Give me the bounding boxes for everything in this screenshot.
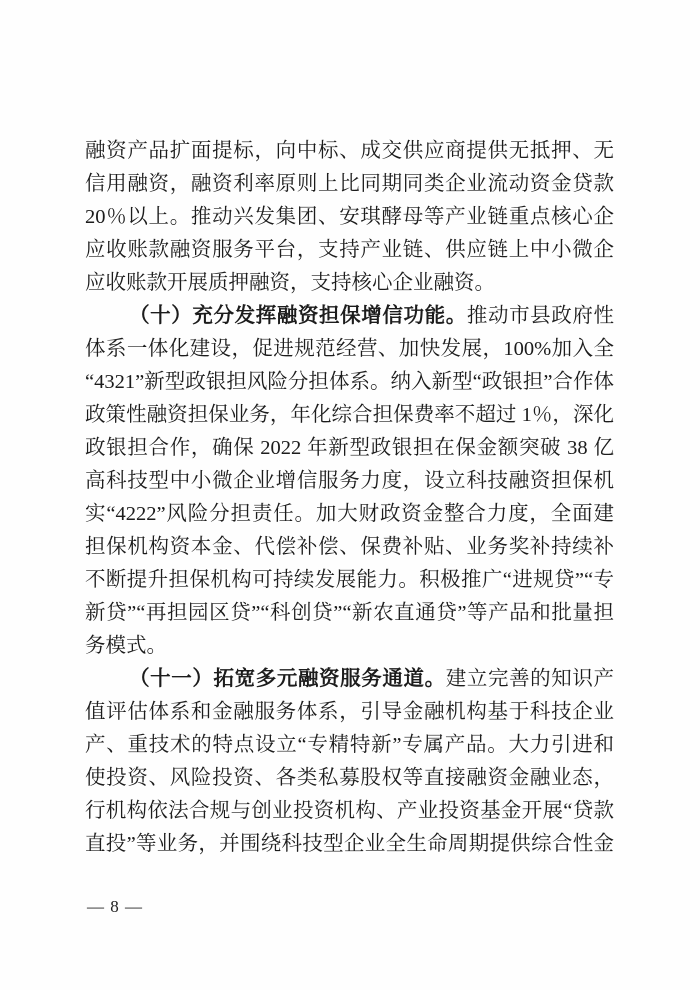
section-paragraph-line: （十一）拓宽多元融资服务通道。建立完善的知识产权价 [85,663,614,696]
text-line: 融资产品扩面提标，向中标、成交供应商提供无抵押、无担保的 [85,135,614,168]
section-heading: （十一）拓宽多元融资服务通道。 [129,668,446,690]
text-line: 使投资、风险投资、各类私募股权等直接融资金融业态，鼓励银 [85,762,614,795]
text-line: 应收账款融资服务平台，支持产业链、供应链上中小微企业依托 [85,234,614,267]
text-line: 值评估体系和金融服务体系，引导金融机构基于科技企业轻资 [85,696,614,729]
text-line: 20％以上。推动兴发集团、安琪酵母等产业链重点核心企业加入 [85,201,614,234]
section-paragraph-line: （十）充分发挥融资担保增信功能。推动市县政府性担保 [85,300,614,333]
text-line: 直投”等业务，并围绕科技型企业全生命周期提供综合性金融服 [85,828,614,861]
text-line: 体系一体化建设，促进规范经营、加快发展，100%加入全省 [85,333,614,366]
text-line: “4321”新型政银担风险分担体系。纳入新型“政银担”合作体系的 [85,366,614,399]
section-heading: （十）充分发挥融资担保增信功能。 [129,305,467,327]
text-line: 产、重技术的特点设立“专精特新”专属产品。大力引进和发展天 [85,729,614,762]
text-line: 信用融资，融资利率原则上比同期同类企业流动资金贷款利率低 [85,168,614,201]
document-body: 融资产品扩面提标，向中标、成交供应商提供无抵押、无担保的信用融资，融资利率原则上… [85,135,614,861]
text-line: 高科技型中小微企业增信服务力度，设立科技融资担保机构，落 [85,465,614,498]
text-line: 行机构依法合规与创业投资机构、产业投资基金开展“贷款+外部 [85,795,614,828]
document-page: 融资产品扩面提标，向中标、成交供应商提供无抵押、无担保的信用融资，融资利率原则上… [0,0,700,990]
text-line: 新贷”“再担园区贷”“科创贷”“新农直通贷”等产品和批量担保业 [85,597,614,630]
text-line: 实“4222”风险分担责任。加大财政资金整合力度，全面建立融资 [85,498,614,531]
text-line: 应收账款开展质押融资，支持核心企业融资。 [85,267,614,300]
text-line: 不断提升担保机构可持续发展能力。积极推广“进规贷”“专精特 [85,564,614,597]
text-line: 务模式。 [85,630,614,663]
text-line: 政银担合作，确保 2022 年新型政银担在保金额突破 38 亿元。提 [85,432,614,465]
text-line: 担保机构资本金、代偿补偿、保费补贴、业务奖补持续补充机制， [85,531,614,564]
text-line: 政策性融资担保业务，年化综合担保费率不超过 1％，深化新型 [85,399,614,432]
page-number: — 8 — [87,897,143,917]
